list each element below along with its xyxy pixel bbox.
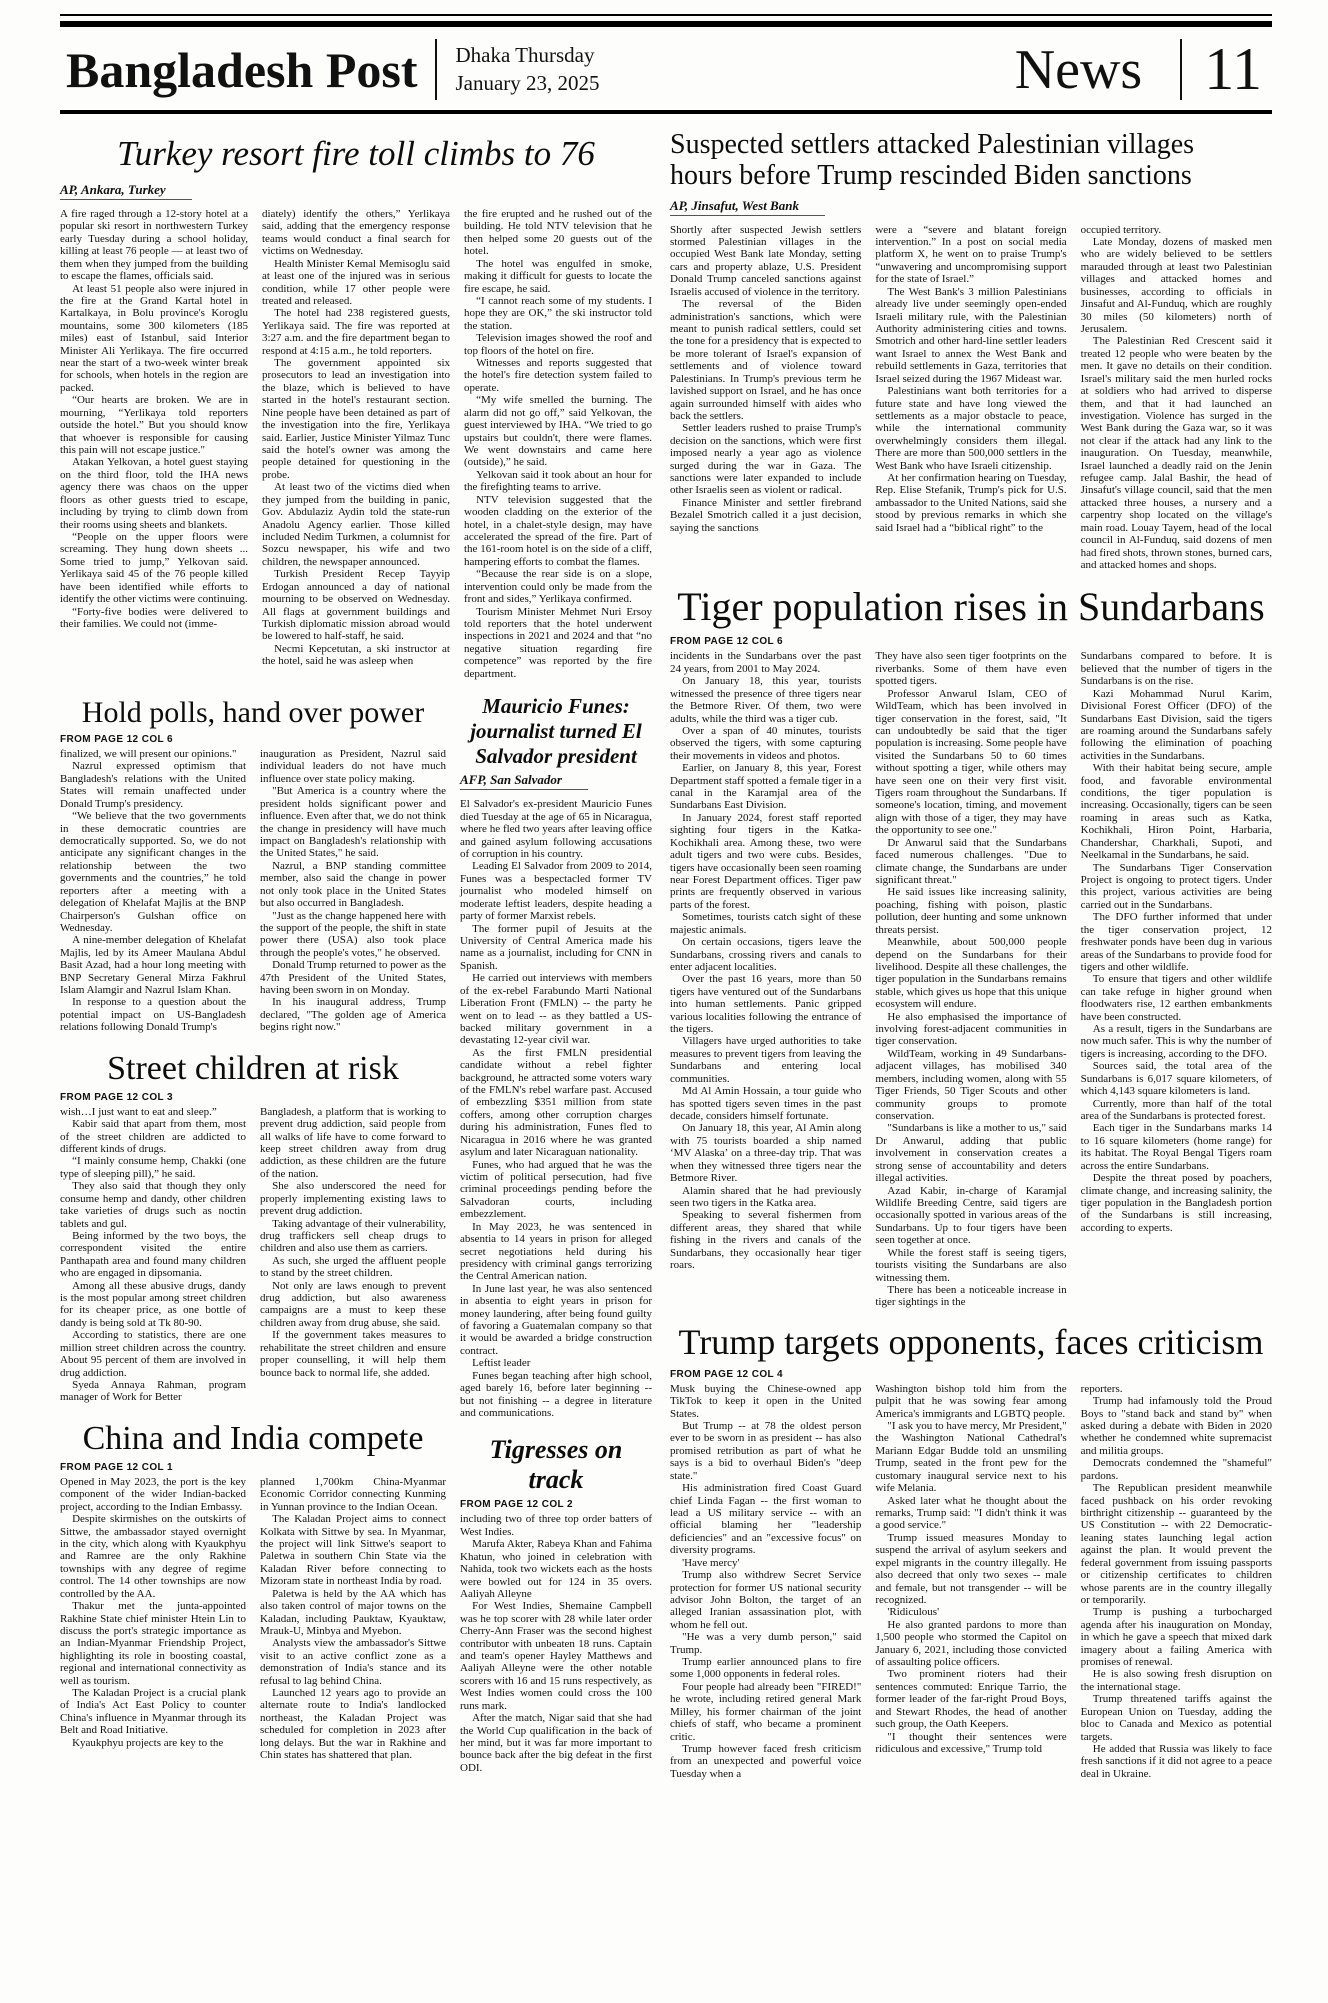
article-street-children: Street children at risk FROM PAGE 12 COL… (60, 1050, 446, 1404)
paragraph: Nazrul expressed optimism that Banglades… (60, 760, 246, 810)
polls-columns: finalized, we will present our opinions.… (60, 748, 446, 1034)
paragraph: Trump however faced fresh criticism from… (670, 1743, 861, 1780)
paragraph: In response to a question about the pote… (60, 996, 246, 1033)
paragraph: As the first FMLN presidential candidate… (460, 1047, 652, 1159)
article-tigresses: Tigresses on track FROM PAGE 12 COL 2 in… (460, 1435, 652, 1774)
newspaper-logo: Bangladesh Post (66, 41, 417, 99)
paragraph: Kyaukphyu projects are key to the (60, 1737, 246, 1749)
paragraph: The former pupil of Jesuits at the Unive… (460, 923, 652, 973)
paragraph: planned 1,700km China-Myanmar Economic C… (260, 1476, 446, 1513)
paragraph: The DFO further informed that under the … (1081, 911, 1272, 973)
paragraph: "He was a very dumb person," said Trump. (670, 1631, 861, 1656)
paragraph: Funes began teaching after high school, … (460, 1370, 652, 1420)
masthead-bottom-rule (60, 110, 1272, 114)
text-column: El Salvador's ex-president Mauricio Fune… (460, 798, 652, 1419)
paragraph: Yelkovan said it took about an hour for … (464, 469, 652, 494)
top-hairline-rule (60, 14, 1272, 16)
paragraph: “People on the upper floors were screami… (60, 531, 248, 606)
dateline-date: January 23, 2025 (455, 70, 599, 97)
paragraph: After the match, Nigar said that she had… (460, 1712, 652, 1774)
paragraph: Finance Minister and settler firebrand B… (670, 497, 861, 534)
paragraph: They have also seen tiger footprints on … (875, 650, 1066, 687)
paragraph: On certain occasions, tigers leave the S… (670, 936, 861, 973)
paragraph: Bangladesh, a platform that is working t… (260, 1106, 446, 1181)
paragraph: incidents in the Sundarbans over the pas… (670, 650, 861, 675)
paragraph: He said issues like increasing salinity,… (875, 886, 1066, 936)
paragraph: Paletwa is held by the AA which has also… (260, 1588, 446, 1638)
paragraph: Sources said, the total area of the Sund… (1081, 1060, 1272, 1097)
article-mauricio-funes: Mauricio Funes: journalist turned El Sal… (460, 694, 652, 1419)
paragraph: Tourism Minister Mehmet Nuri Ersoy told … (464, 606, 652, 681)
paragraph: The hotel was engulfed in smoke, making … (464, 258, 652, 295)
paragraph: Trump had infamously told the Proud Boys… (1081, 1395, 1272, 1457)
paragraph: Atakan Yelkovan, a hotel guest staying o… (60, 456, 248, 531)
paragraph: Trump is pushing a turbocharged agenda a… (1081, 1606, 1272, 1668)
paragraph: inauguration as President, Nazrul said i… (260, 748, 446, 785)
paragraph: Sundarbans compared to before. It is bel… (1081, 650, 1272, 687)
paragraph: Two prominent rioters had their sentence… (875, 1668, 1066, 1730)
paragraph: Four people had already been "FIRED!" he… (670, 1681, 861, 1743)
paragraph: "I ask you to have mercy, Mr President,"… (875, 1420, 1066, 1495)
paragraph: In May 2023, he was sentenced in absenti… (460, 1221, 652, 1283)
paragraph: Analysts view the ambassador's Sittwe vi… (260, 1637, 446, 1687)
paragraph: Trump issued measures Monday to suspend … (875, 1532, 1066, 1607)
paragraph: 'Have mercy' (670, 1557, 861, 1569)
article-turkey-resort-fire: Turkey resort fire toll climbs to 76 AP,… (60, 134, 652, 680)
paragraph: He also emphasised the importance of inv… (875, 1011, 1066, 1048)
street-columns: wish…I just want to eat and sleep.”Kabir… (60, 1106, 446, 1404)
paragraph: NTV television suggested that the wooden… (464, 494, 652, 569)
left-lower-main: Hold polls, hand over power FROM PAGE 12… (60, 680, 446, 1774)
paragraph: Each tiger in the Sundarbans marks 14 to… (1081, 1122, 1272, 1172)
paragraph: Among all these abusive drugs, dandy is … (60, 1280, 246, 1330)
paragraph: The Kaladan Project aims to connect Kolk… (260, 1513, 446, 1588)
byline-settlers: AP, Jinsafut, West Bank (670, 198, 1272, 214)
paragraph: Syeda Annaya Rahman, program manager of … (60, 1379, 246, 1404)
article-settlers-attack: Suspected settlers attacked Palestinian … (670, 130, 1272, 571)
paragraph: Palestinians want both territories for a… (875, 385, 1066, 472)
paragraph: "But America is a country where the pres… (260, 785, 446, 860)
paragraph: Witnesses and reports suggested that the… (464, 357, 652, 394)
paragraph: Opened in May 2023, the port is the key … (60, 1476, 246, 1513)
paragraph: Alamin shared that he had previously see… (670, 1185, 861, 1210)
paragraph: Md Al Amin Hossain, a tour guide who has… (670, 1085, 861, 1122)
section-title: News (1015, 38, 1163, 102)
paragraph: Villagers have urged authorities to take… (670, 1035, 861, 1085)
headline-settlers-line2: hours before Trump rescinded Biden sanct… (670, 161, 1272, 192)
paragraph: Despite the threat posed by poachers, cl… (1081, 1172, 1272, 1234)
headline-street-children: Street children at risk (60, 1050, 446, 1088)
paragraph: For West Indies, Shemaine Campbell was h… (460, 1600, 652, 1712)
paragraph: Health Minister Kemal Memisoglu said at … (262, 258, 450, 308)
paragraph: He added that Russia was likely to face … (1081, 1743, 1272, 1780)
paragraph: On January 18, this year, tourists witne… (670, 675, 861, 725)
headline-tiger: Tiger population rises in Sundarbans (670, 583, 1272, 630)
paragraph: Meanwhile, about 500,000 people depend o… (875, 936, 1066, 1011)
masthead: Bangladesh Post Dhaka Thursday January 2… (60, 27, 1272, 110)
paragraph: wish…I just want to eat and sleep.” (60, 1106, 246, 1118)
text-column: diately) identify the others,” Yerlikaya… (262, 208, 450, 680)
paragraph: Leftist leader (460, 1357, 652, 1369)
paragraph: In January 2024, forest staff reported s… (670, 812, 861, 911)
paragraph: Nazrul, a BNP standing committee member,… (260, 860, 446, 910)
headline-turkey-fire: Turkey resort fire toll climbs to 76 (60, 134, 652, 174)
paragraph: Settler leaders rushed to praise Trump's… (670, 422, 861, 497)
text-column: the fire erupted and he rushed out of th… (464, 208, 652, 680)
paragraph: Trump threatened tariffs against the Eur… (1081, 1693, 1272, 1743)
paragraph: Asked later what he thought about the re… (875, 1495, 1066, 1532)
paragraph: Earlier, on January 8, this year, Forest… (670, 762, 861, 812)
paragraph: Leading El Salvador from 2009 to 2014, F… (460, 860, 652, 922)
paragraph: were a “severe and blatant foreign inter… (875, 224, 1066, 286)
paragraph: 'Ridiculous' (875, 1606, 1066, 1618)
headline-tigresses: Tigresses on track (460, 1435, 652, 1495)
article-tiger-population: Tiger population rises in Sundarbans FRO… (670, 583, 1272, 1308)
paragraph: A fire raged through a 12-story hotel at… (60, 208, 248, 283)
text-column: reporters.Trump had infamously told the … (1081, 1383, 1272, 1781)
paragraph: Thakur met the junta-appointed Rakhine S… (60, 1600, 246, 1687)
paragraph: Currently, more than half of the total a… (1081, 1098, 1272, 1123)
paragraph: “I cannot reach some of my students. I h… (464, 295, 652, 332)
text-column: They have also seen tiger footprints on … (875, 650, 1066, 1308)
text-column: were a “severe and blatant foreign inter… (875, 224, 1066, 572)
paragraph: Musk buying the Chinese-owned app TikTok… (670, 1383, 861, 1420)
dateline-city-day: Dhaka Thursday (455, 42, 599, 69)
paragraph: “My wife smelled the burning. The alarm … (464, 394, 652, 469)
continuation-slug: FROM PAGE 12 COL 6 (670, 636, 1272, 647)
settlers-columns: Shortly after suspected Jewish settlers … (670, 224, 1272, 572)
paragraph: If the government takes measures to reha… (260, 1329, 446, 1379)
paragraph: “Our hearts are broken. We are in mourni… (60, 394, 248, 456)
paragraph: The government appointed six prosecutors… (262, 357, 450, 481)
paragraph: Trump also withdrew Secret Service prote… (670, 1569, 861, 1631)
paragraph: Trump earlier announced plans to fire so… (670, 1656, 861, 1681)
paragraph: "Just as the change happened here with t… (260, 910, 446, 960)
paragraph: Not only are laws enough to prevent drug… (260, 1280, 446, 1330)
paragraph: While the forest staff is seeing tigers,… (875, 1247, 1066, 1284)
paragraph: Over a span of 40 minutes, tourists obse… (670, 725, 861, 762)
paragraph: The Republican president meanwhile faced… (1081, 1482, 1272, 1606)
paragraph: the fire erupted and he rushed out of th… (464, 208, 652, 258)
paragraph: As a result, tigers in the Sundarbans ar… (1081, 1023, 1272, 1060)
paragraph: The Sundarbans Tiger Conservation Projec… (1081, 862, 1272, 912)
continuation-slug: FROM PAGE 12 COL 6 (60, 734, 446, 745)
china-columns: Opened in May 2023, the port is the key … (60, 1476, 446, 1762)
paragraph: Democrats condemned the "shameful" pardo… (1081, 1457, 1272, 1482)
paragraph: including two of three top order batters… (460, 1513, 652, 1538)
page-content: Turkey resort fire toll climbs to 76 AP,… (60, 124, 1272, 1780)
right-section: Suspected settlers attacked Palestinian … (670, 124, 1272, 1780)
continuation-slug: FROM PAGE 12 COL 1 (60, 1462, 446, 1473)
paragraph: WildTeam, working in 49 Sundarbans-adjac… (875, 1048, 1066, 1123)
paragraph: Being informed by the two boys, the corr… (60, 1230, 246, 1280)
paragraph: In his inaugural address, Trump declared… (260, 996, 446, 1033)
text-column: Washington bishop told him from the pulp… (875, 1383, 1066, 1781)
paragraph: Sometimes, tourists catch sight of these… (670, 911, 861, 936)
paragraph: “Because the rear side is on a slope, in… (464, 568, 652, 605)
paragraph: At least 51 people also were injured in … (60, 283, 248, 395)
paragraph: Professor Anwarul Islam, CEO of WildTeam… (875, 688, 1066, 837)
article-hold-polls: Hold polls, hand over power FROM PAGE 12… (60, 696, 446, 1034)
left-section: Turkey resort fire toll climbs to 76 AP,… (60, 124, 652, 1780)
paragraph: Taking advantage of their vulnerability,… (260, 1218, 446, 1255)
paragraph: finalized, we will present our opinions.… (60, 748, 246, 760)
paragraph: In June last year, he was also sentenced… (460, 1283, 652, 1358)
paragraph: His administration fired Coast Guard chi… (670, 1482, 861, 1557)
text-column: occupied territory.Late Monday, dozens o… (1081, 224, 1272, 572)
paragraph: She also underscored the need for proper… (260, 1180, 446, 1217)
paragraph: Television images showed the roof and to… (464, 332, 652, 357)
headline-funes: Mauricio Funes: journalist turned El Sal… (464, 694, 648, 768)
continuation-slug: FROM PAGE 12 COL 4 (670, 1369, 1272, 1380)
paragraph: Speaking to several fishermen from diffe… (670, 1209, 861, 1271)
paragraph: Over the past 16 years, more than 50 tig… (670, 973, 861, 1035)
paragraph: At her confirmation hearing on Tuesday, … (875, 472, 1066, 534)
tiger-columns: incidents in the Sundarbans over the pas… (670, 650, 1272, 1308)
masthead-divider (435, 39, 437, 100)
paragraph: “Forty-five bodies were delivered to the… (60, 606, 248, 631)
paragraph: Shortly after suspected Jewish settlers … (670, 224, 861, 299)
paragraph: At least two of the victims died when th… (262, 481, 450, 568)
paragraph: The hotel had 238 registered guests, Yer… (262, 307, 450, 357)
text-column: Sundarbans compared to before. It is bel… (1081, 650, 1272, 1308)
byline-turkey: AP, Ankara, Turkey (60, 182, 652, 198)
paragraph: On January 18, this year, Al Amin along … (670, 1122, 861, 1184)
headline-hold-polls: Hold polls, hand over power (60, 696, 446, 730)
paragraph: Kazi Mohammad Nurul Karim, Divisional Fo… (1081, 688, 1272, 763)
article-china-india: China and India compete FROM PAGE 12 COL… (60, 1420, 446, 1762)
continuation-slug: FROM PAGE 12 COL 3 (60, 1092, 446, 1103)
paragraph: Washington bishop told him from the pulp… (875, 1383, 1066, 1420)
left-lower-section: Hold polls, hand over power FROM PAGE 12… (60, 680, 652, 1774)
newspaper-page: Bangladesh Post Dhaka Thursday January 2… (0, 0, 1328, 2003)
masthead-dateline: Dhaka Thursday January 23, 2025 (455, 42, 599, 97)
paragraph: “We believe that the two governments in … (60, 810, 246, 934)
headline-china-india: China and India compete (60, 1420, 446, 1458)
funes-columns: El Salvador's ex-president Mauricio Fune… (460, 798, 652, 1419)
paragraph: They also said that though they only con… (60, 1180, 246, 1230)
article-trump-opponents: Trump targets opponents, faces criticism… (670, 1321, 1272, 1781)
paragraph: Donald Trump returned to power as the 47… (260, 959, 446, 996)
paragraph: To ensure that tigers and other wildlife… (1081, 973, 1272, 1023)
text-column: planned 1,700km China-Myanmar Economic C… (260, 1476, 446, 1762)
text-column: Shortly after suspected Jewish settlers … (670, 224, 861, 572)
section-gap (652, 124, 670, 1780)
paragraph: He is also sowing fresh disruption on th… (1081, 1668, 1272, 1693)
text-column: inauguration as President, Nazrul said i… (260, 748, 446, 1034)
paragraph: Despite skirmishes on the outskirts of S… (60, 1513, 246, 1600)
paragraph: "Sundarbans is like a mother to us," sai… (875, 1122, 1066, 1184)
paragraph: The reversal of the Biden administration… (670, 298, 861, 422)
text-column: Opened in May 2023, the port is the key … (60, 1476, 246, 1762)
paragraph: “I mainly consume hemp, Chakki (one type… (60, 1155, 246, 1180)
trump-columns: Musk buying the Chinese-owned app TikTok… (670, 1383, 1272, 1781)
paragraph: With their habitat being secure, ample f… (1081, 762, 1272, 861)
text-column: finalized, we will present our opinions.… (60, 748, 246, 1034)
byline-funes: AFP, San Salvador (460, 772, 652, 788)
tigresses-columns: including two of three top order batters… (460, 1513, 652, 1774)
paragraph: He also granted pardons to more than 1,5… (875, 1619, 1066, 1669)
paragraph: Kabir said that apart from them, most of… (60, 1118, 246, 1155)
paragraph: A nine-member delegation of Khelafat Maj… (60, 934, 246, 996)
text-column: Bangladesh, a platform that is working t… (260, 1106, 446, 1404)
text-column: Musk buying the Chinese-owned app TikTok… (670, 1383, 861, 1781)
text-column: wish…I just want to eat and sleep.”Kabir… (60, 1106, 246, 1404)
paragraph: But Trump -- at 78 the oldest person eve… (670, 1420, 861, 1482)
paragraph: Necmi Kepcetutan, a ski instructor at th… (262, 643, 450, 668)
paragraph: occupied territory. (1081, 224, 1272, 236)
paragraph: He carried out interviews with members o… (460, 972, 652, 1047)
text-column: incidents in the Sundarbans over the pas… (670, 650, 861, 1308)
turkey-columns: A fire raged through a 12-story hotel at… (60, 208, 652, 680)
text-column: A fire raged through a 12-story hotel at… (60, 208, 248, 680)
paragraph: The West Bank's 3 million Palestinians a… (875, 286, 1066, 385)
paragraph: The Palestinian Red Crescent said it tre… (1081, 335, 1272, 571)
paragraph: Launched 12 years ago to provide an alte… (260, 1687, 446, 1762)
page-number: 11 (1200, 35, 1262, 104)
masthead-page-divider (1180, 39, 1182, 100)
paragraph: "I thought their sentences were ridiculo… (875, 1731, 1066, 1756)
paragraph: The Kaladan Project is a crucial plank o… (60, 1687, 246, 1737)
paragraph: Dr Anwarul said that the Sundarbans face… (875, 837, 1066, 887)
paragraph: There has been a noticeable increase in … (875, 1284, 1066, 1309)
paragraph: Turkish President Recep Tayyip Erdogan a… (262, 568, 450, 643)
continuation-slug: FROM PAGE 12 COL 2 (460, 1499, 652, 1510)
headline-settlers-line1: Suspected settlers attacked Palestinian … (670, 130, 1272, 161)
paragraph: El Salvador's ex-president Mauricio Fune… (460, 798, 652, 860)
paragraph: diately) identify the others,” Yerlikaya… (262, 208, 450, 258)
left-lower-side: Mauricio Funes: journalist turned El Sal… (460, 680, 652, 1774)
paragraph: Funes, who had argued that he was the vi… (460, 1159, 652, 1221)
paragraph: Late Monday, dozens of masked men who ar… (1081, 236, 1272, 335)
paragraph: According to statistics, there are one m… (60, 1329, 246, 1379)
headline-settlers: Suspected settlers attacked Palestinian … (670, 130, 1272, 192)
headline-trump: Trump targets opponents, faces criticism (670, 1321, 1272, 1363)
paragraph: Azad Kabir, in-charge of Karamjal Wildli… (875, 1185, 1066, 1247)
paragraph: reporters. (1081, 1383, 1272, 1395)
paragraph: As such, she urged the affluent people t… (260, 1255, 446, 1280)
text-column: including two of three top order batters… (460, 1513, 652, 1774)
paragraph: Marufa Akter, Rabeya Khan and Fahima Kha… (460, 1538, 652, 1600)
